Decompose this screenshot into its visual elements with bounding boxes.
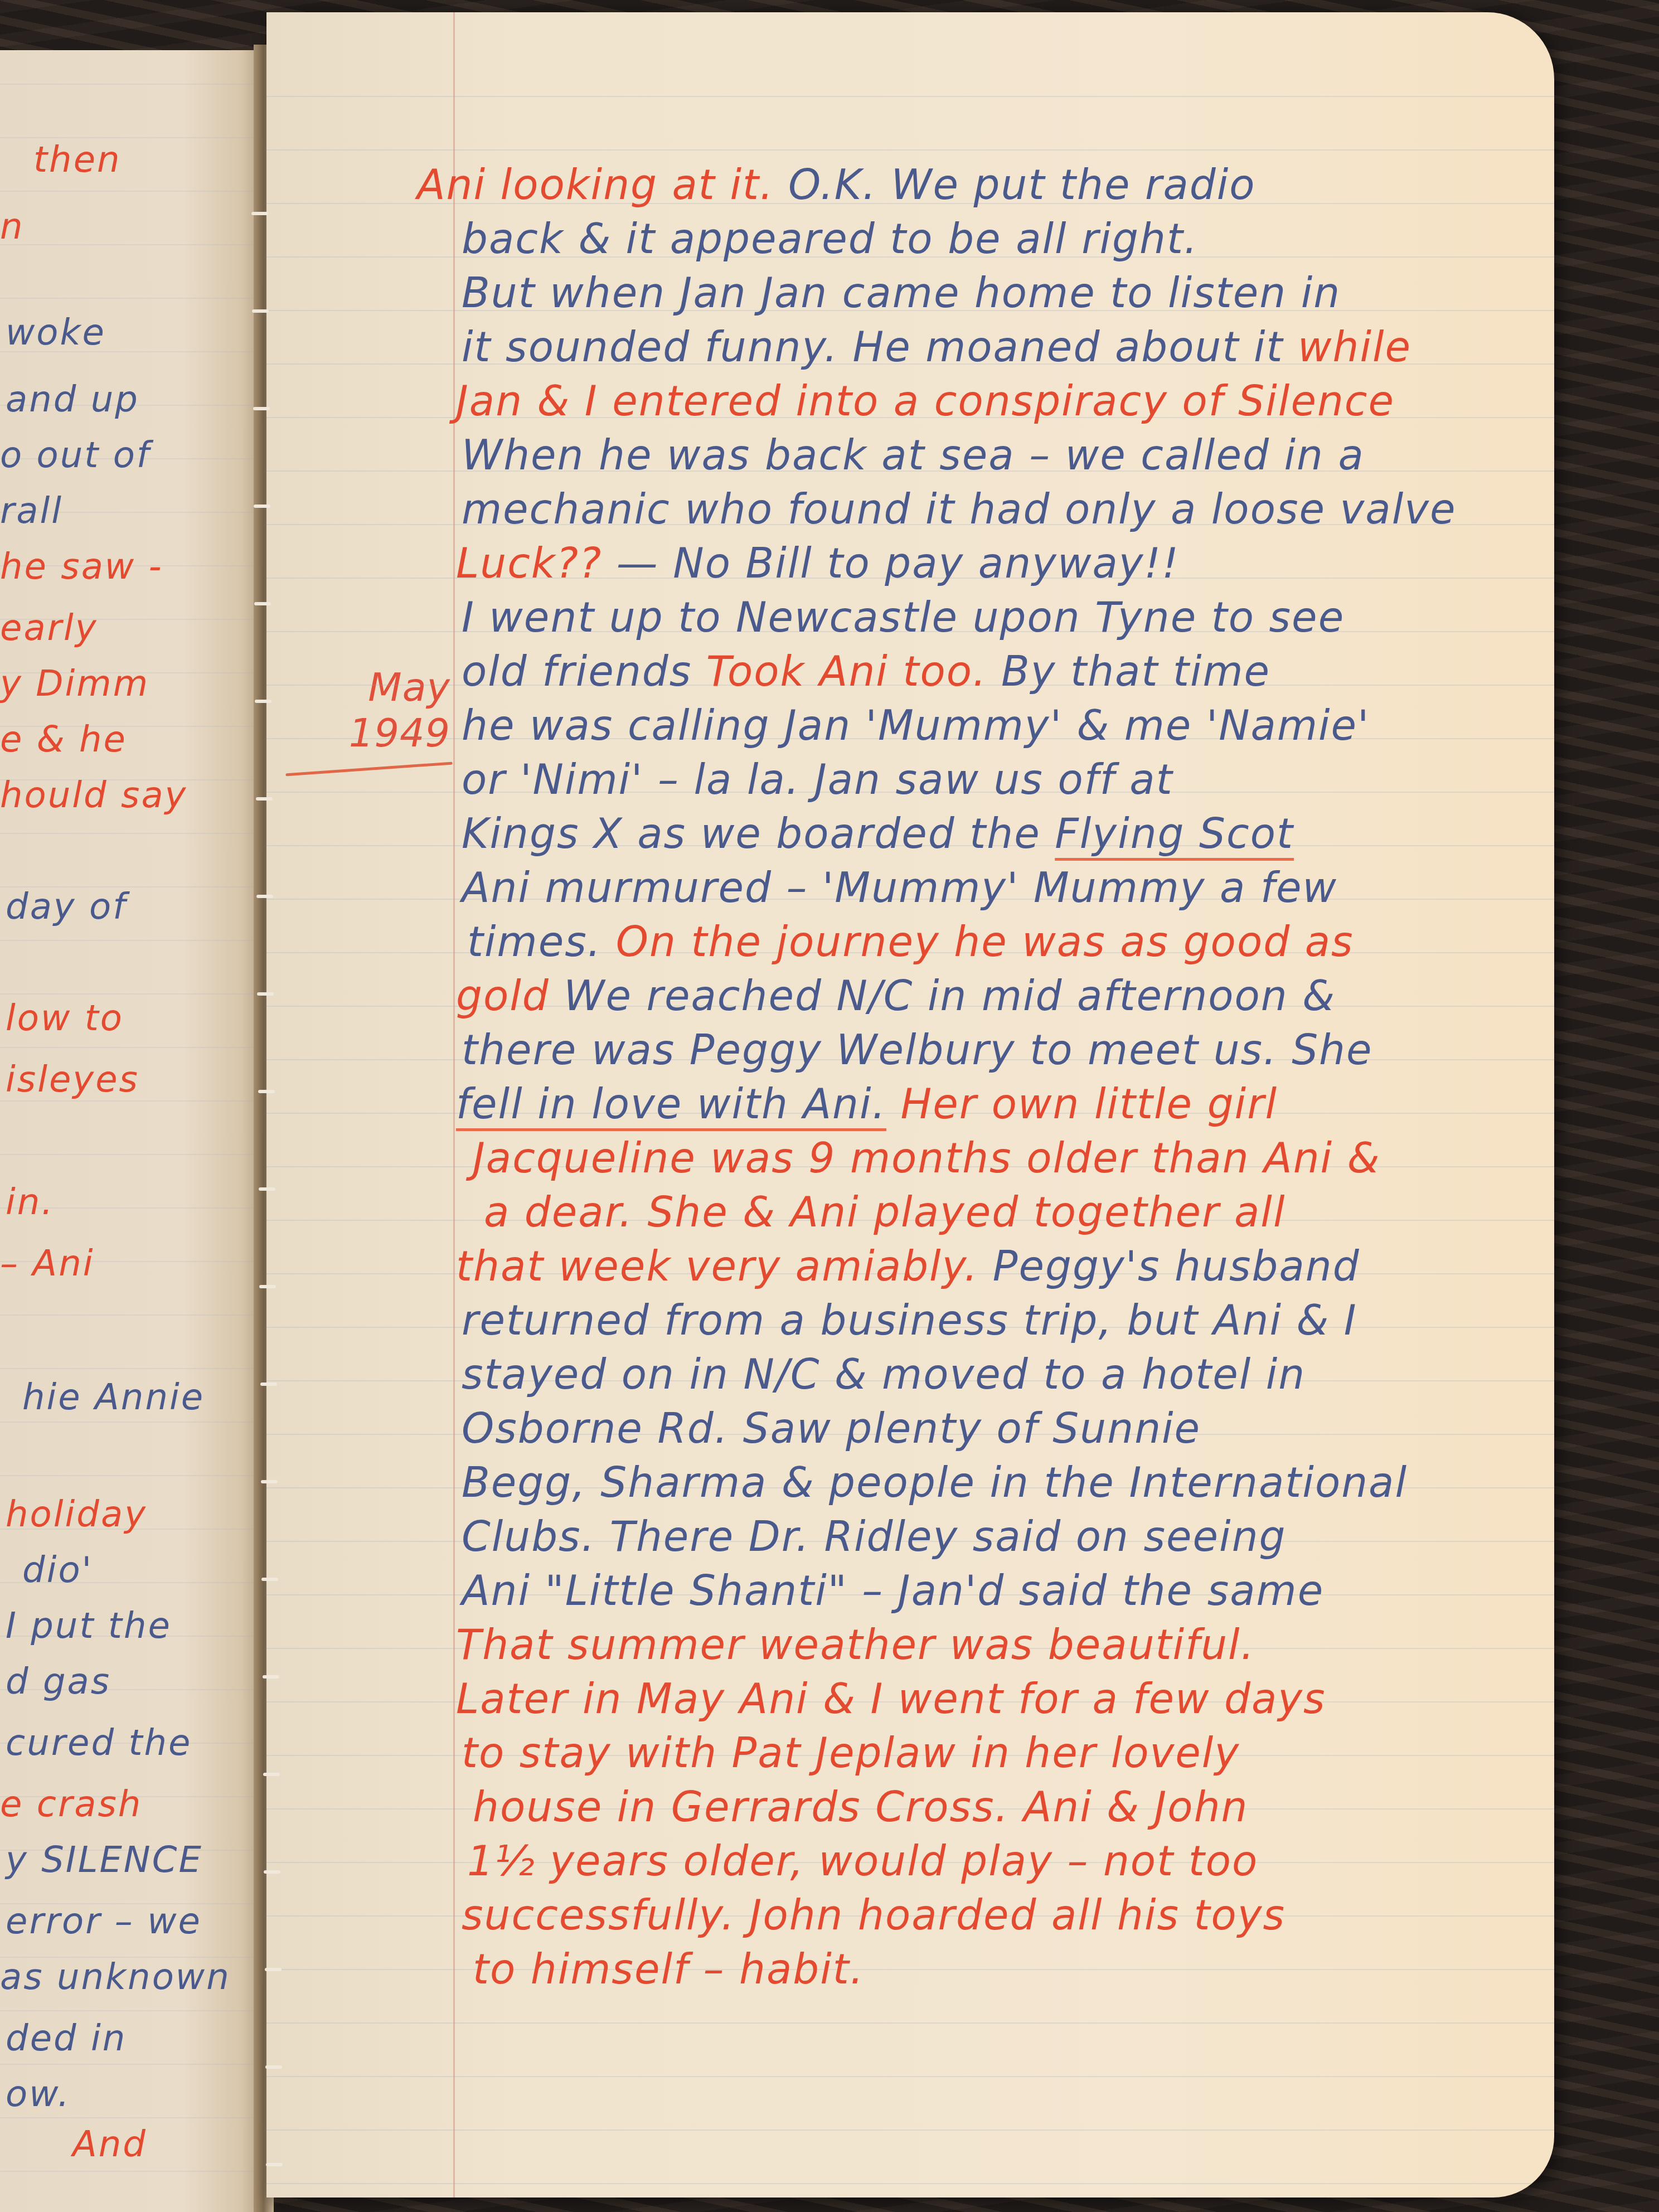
text-segment: Clubs. There Dr. Ridley said on seeing xyxy=(462,1513,1287,1561)
ruled-line xyxy=(0,833,262,834)
handwritten-line: to himself – habit. xyxy=(473,1943,1554,1996)
handwritten-line: that week very amiably. Peggy's husband xyxy=(456,1240,1543,1293)
left-page-fragment: he saw - xyxy=(0,546,163,588)
text-segment: Flying Scot xyxy=(1055,810,1294,858)
left-page-fragment: y SILENCE xyxy=(6,1840,203,1881)
ruled-line xyxy=(0,298,262,299)
text-segment: That summer weather was beautiful. xyxy=(456,1621,1255,1669)
ruled-line xyxy=(266,2183,1554,2184)
binding-stitch xyxy=(253,407,270,410)
text-segment: returned from a business trip, but Ani &… xyxy=(462,1297,1357,1345)
text-segment: Ani murmured – 'Mummy' Mummy a few xyxy=(462,864,1337,912)
text-segment: that week very amiably. xyxy=(456,1243,978,1291)
handwritten-line: Clubs. There Dr. Ridley said on seeing xyxy=(462,1510,1549,1564)
handwritten-line: fell in love with Ani. Her own little gi… xyxy=(456,1078,1543,1131)
handwritten-line: Ani murmured – 'Mummy' Mummy a few xyxy=(462,861,1549,915)
binding-stitch xyxy=(265,1968,282,1971)
left-page-fragment: isleyes xyxy=(6,1059,139,1100)
text-segment: — No Bill to pay anyway!! xyxy=(602,540,1180,588)
binding-stitch xyxy=(257,992,274,996)
binding-stitch xyxy=(263,1675,279,1679)
handwritten-line: back & it appeared to be all right. xyxy=(462,212,1549,266)
text-segment: By that time xyxy=(987,648,1271,696)
left-page-fragment: I put the xyxy=(6,1605,172,1647)
binding-stitch xyxy=(259,1187,275,1191)
binding-stitch xyxy=(261,1578,278,1581)
left-page-fragment: error – we xyxy=(6,1901,202,1942)
handwritten-line: or 'Nimi' – la la. Jan saw us off at xyxy=(462,753,1549,807)
text-segment: On the journey he was as good as xyxy=(616,918,1354,966)
binding-stitch xyxy=(264,1870,280,1874)
left-page-fragment: and up xyxy=(6,379,139,420)
binding-stitch xyxy=(259,1285,276,1288)
left-page-fragment: early xyxy=(0,608,98,649)
left-page-fragment: e crash xyxy=(0,1784,142,1825)
left-page-fragment: in. xyxy=(6,1182,55,1223)
left-page-fragment: y Dimm xyxy=(0,663,149,705)
binding-stitch xyxy=(256,895,273,898)
text-segment: times. xyxy=(467,918,616,966)
binding-stitch xyxy=(258,1090,275,1093)
text-segment: Ani "Little Shanti" – Jan'd said the sam… xyxy=(462,1567,1324,1615)
text-segment: Peggy's husband xyxy=(978,1243,1360,1291)
handwritten-line: to stay with Pat Jeplaw in her lovely xyxy=(462,1726,1549,1780)
binding-stitch xyxy=(251,212,268,215)
left-page-fragment: e & he xyxy=(0,719,127,760)
text-segment: But when Jan Jan came home to listen in xyxy=(462,269,1341,317)
binding-stitch xyxy=(263,1773,280,1776)
left-page-fragment: as unknown xyxy=(0,1957,231,1998)
ruled-line xyxy=(266,2076,1554,2077)
text-segment: Ani looking at it. xyxy=(417,161,774,209)
left-page-fragment: hould say xyxy=(0,775,187,816)
handwritten-line: mechanic who found it had only a loose v… xyxy=(462,483,1549,536)
handwritten-line: it sounded funny. He moaned about it whi… xyxy=(462,321,1549,374)
text-segment: We reached N/C in mid afternoon & xyxy=(550,972,1336,1020)
left-page-fragment: n xyxy=(0,206,25,248)
binding-stitch xyxy=(252,309,269,313)
binding-stitch xyxy=(260,1382,277,1386)
handwritten-line: When he was back at sea – we called in a xyxy=(462,429,1549,482)
left-page-fragment: d gas xyxy=(6,1661,111,1702)
handwritten-line: times. On the journey he was as good as xyxy=(467,915,1554,969)
ruled-line xyxy=(266,149,1554,151)
binding-stitch xyxy=(256,797,273,801)
ruled-line xyxy=(0,2010,262,2011)
ruled-line xyxy=(266,2022,1554,2024)
handwritten-line: Osborne Rd. Saw plenty of Sunnie xyxy=(462,1402,1549,1456)
text-segment: Her own little girl xyxy=(886,1080,1278,1128)
text-segment: gold xyxy=(456,972,550,1020)
text-segment: house in Gerrards Cross. Ani & John xyxy=(473,1783,1248,1831)
handwritten-line: house in Gerrards Cross. Ani & John xyxy=(473,1781,1554,1834)
handwritten-line: That summer weather was beautiful. xyxy=(456,1618,1543,1672)
ruled-line xyxy=(0,2171,262,2172)
ruled-line xyxy=(0,191,262,192)
handwritten-line: he was calling Jan 'Mummy' & me 'Namie' xyxy=(462,699,1549,753)
ruled-line xyxy=(0,2064,262,2065)
left-page-fragment: o out of xyxy=(0,435,151,476)
text-segment: Jan & I entered into a conspiracy of Sil… xyxy=(456,377,1395,425)
ruled-line xyxy=(0,1475,262,1476)
handwritten-line: Kings X as we boarded the Flying Scot xyxy=(462,807,1549,861)
text-segment: mechanic who found it had only a loose v… xyxy=(462,486,1457,533)
left-page-fragment: hie Annie xyxy=(22,1377,205,1418)
binding-stitch xyxy=(265,2065,282,2069)
text-segment: When he was back at sea – we called in a xyxy=(462,431,1365,479)
binding-stitch xyxy=(261,1480,278,1483)
text-segment: O.K. We put the radio xyxy=(774,161,1256,209)
ruled-line xyxy=(0,1314,262,1316)
handwritten-line: 1½ years older, would play – not too xyxy=(467,1835,1554,1888)
handwritten-line: Later in May Ani & I went for a few days xyxy=(456,1672,1543,1726)
text-segment: to stay with Pat Jeplaw in her lovely xyxy=(462,1729,1240,1777)
left-page-fragment: cured the xyxy=(6,1723,192,1764)
left-page-fragment: ow. xyxy=(6,2074,71,2115)
text-segment: Kings X as we boarded the xyxy=(462,810,1055,858)
margin-date-note: May 1949 xyxy=(266,664,450,756)
left-page-fragment: holiday xyxy=(6,1494,147,1535)
left-page-fragment: dio' xyxy=(22,1550,93,1591)
left-page-fragment: day of xyxy=(6,886,127,928)
text-segment: I went up to Newcastle upon Tyne to see xyxy=(462,594,1345,642)
ruled-line xyxy=(0,993,262,995)
handwritten-line: returned from a business trip, but Ani &… xyxy=(462,1294,1549,1347)
text-segment: while xyxy=(1284,323,1412,371)
left-page-fragment: rall xyxy=(0,491,63,532)
handwritten-line: a dear. She & Ani played together all xyxy=(484,1186,1554,1239)
text-segment: successfully. John hoarded all his toys xyxy=(462,1891,1286,1939)
ruled-line xyxy=(0,1154,262,1155)
left-page: thennwokeand upo out ofrallhe saw -early… xyxy=(0,50,262,2212)
ruled-line xyxy=(0,1047,262,1048)
binding-stitch xyxy=(254,602,271,605)
ruled-line xyxy=(266,96,1554,97)
handwritten-line: But when Jan Jan came home to listen in xyxy=(462,266,1549,320)
ruled-line xyxy=(266,2129,1554,2131)
text-segment: it sounded funny. He moaned about it xyxy=(462,323,1284,371)
text-segment: he was calling Jan 'Mummy' & me 'Namie' xyxy=(462,702,1370,750)
handwritten-line: Luck?? — No Bill to pay anyway!! xyxy=(456,537,1543,590)
handwritten-line: stayed on in N/C & moved to a hotel in xyxy=(462,1348,1549,1401)
ruled-line xyxy=(0,244,262,245)
handwritten-line: old friends Took Ani too. By that time xyxy=(462,645,1549,698)
text-segment: Took Ani too. xyxy=(706,648,987,696)
text-segment: back & it appeared to be all right. xyxy=(462,215,1199,263)
left-page-fragment: then xyxy=(33,139,122,181)
left-page-fragment: ded in xyxy=(6,2018,127,2059)
left-page-fragment: low to xyxy=(6,998,124,1039)
left-page-fragment: – Ani xyxy=(0,1243,94,1284)
handwritten-line: Ani "Little Shanti" – Jan'd said the sam… xyxy=(462,1564,1549,1618)
ruled-line xyxy=(0,137,262,138)
handwritten-line: gold We reached N/C in mid afternoon & xyxy=(456,969,1543,1023)
handwritten-line: Begg, Sharma & people in the Internation… xyxy=(462,1456,1549,1510)
handwritten-line: successfully. John hoarded all his toys xyxy=(462,1889,1549,1942)
text-segment: Jacqueline was 9 months older than Ani & xyxy=(473,1134,1380,1182)
text-segment: there was Peggy Welbury to meet us. She xyxy=(462,1026,1373,1074)
binding-stitch xyxy=(255,700,271,703)
ruled-line xyxy=(0,1368,262,1369)
text-segment: Luck?? xyxy=(456,540,602,588)
text-segment: to himself – habit. xyxy=(473,1946,864,1993)
text-segment: fell in love with Ani. xyxy=(456,1080,886,1128)
margin-line xyxy=(453,12,455,2198)
text-segment: 1½ years older, would play – not too xyxy=(467,1837,1258,1885)
ruled-line xyxy=(0,1100,262,1102)
text-segment: a dear. She & Ani played together all xyxy=(484,1189,1286,1236)
text-segment: Begg, Sharma & people in the Internation… xyxy=(462,1459,1408,1507)
binding-stitch xyxy=(254,505,270,508)
handwritten-line: I went up to Newcastle upon Tyne to see xyxy=(462,591,1549,644)
ruled-line xyxy=(0,1422,262,1423)
ruled-line xyxy=(0,940,262,941)
left-page-fragment: And xyxy=(72,2124,147,2165)
text-segment: Osborne Rd. Saw plenty of Sunnie xyxy=(462,1405,1201,1453)
text-segment: Later in May Ani & I went for a few days xyxy=(456,1675,1326,1723)
left-page-fragment: woke xyxy=(6,312,106,353)
text-segment: stayed on in N/C & moved to a hotel in xyxy=(462,1351,1306,1399)
ruled-line xyxy=(0,2117,262,2118)
handwritten-line: Ani looking at it. O.K. We put the radio xyxy=(417,158,1504,212)
text-segment: or 'Nimi' – la la. Jan saw us off at xyxy=(462,756,1173,804)
handwritten-line: there was Peggy Welbury to meet us. She xyxy=(462,1023,1549,1077)
ruled-line xyxy=(0,84,262,85)
text-segment: old friends xyxy=(462,648,706,696)
handwritten-line: Jan & I entered into a conspiracy of Sil… xyxy=(456,375,1543,428)
handwritten-line: Jacqueline was 9 months older than Ani & xyxy=(473,1132,1554,1185)
right-page: May 1949 Ani looking at it. O.K. We put … xyxy=(266,12,1554,2198)
binding-stitch xyxy=(266,2163,283,2166)
